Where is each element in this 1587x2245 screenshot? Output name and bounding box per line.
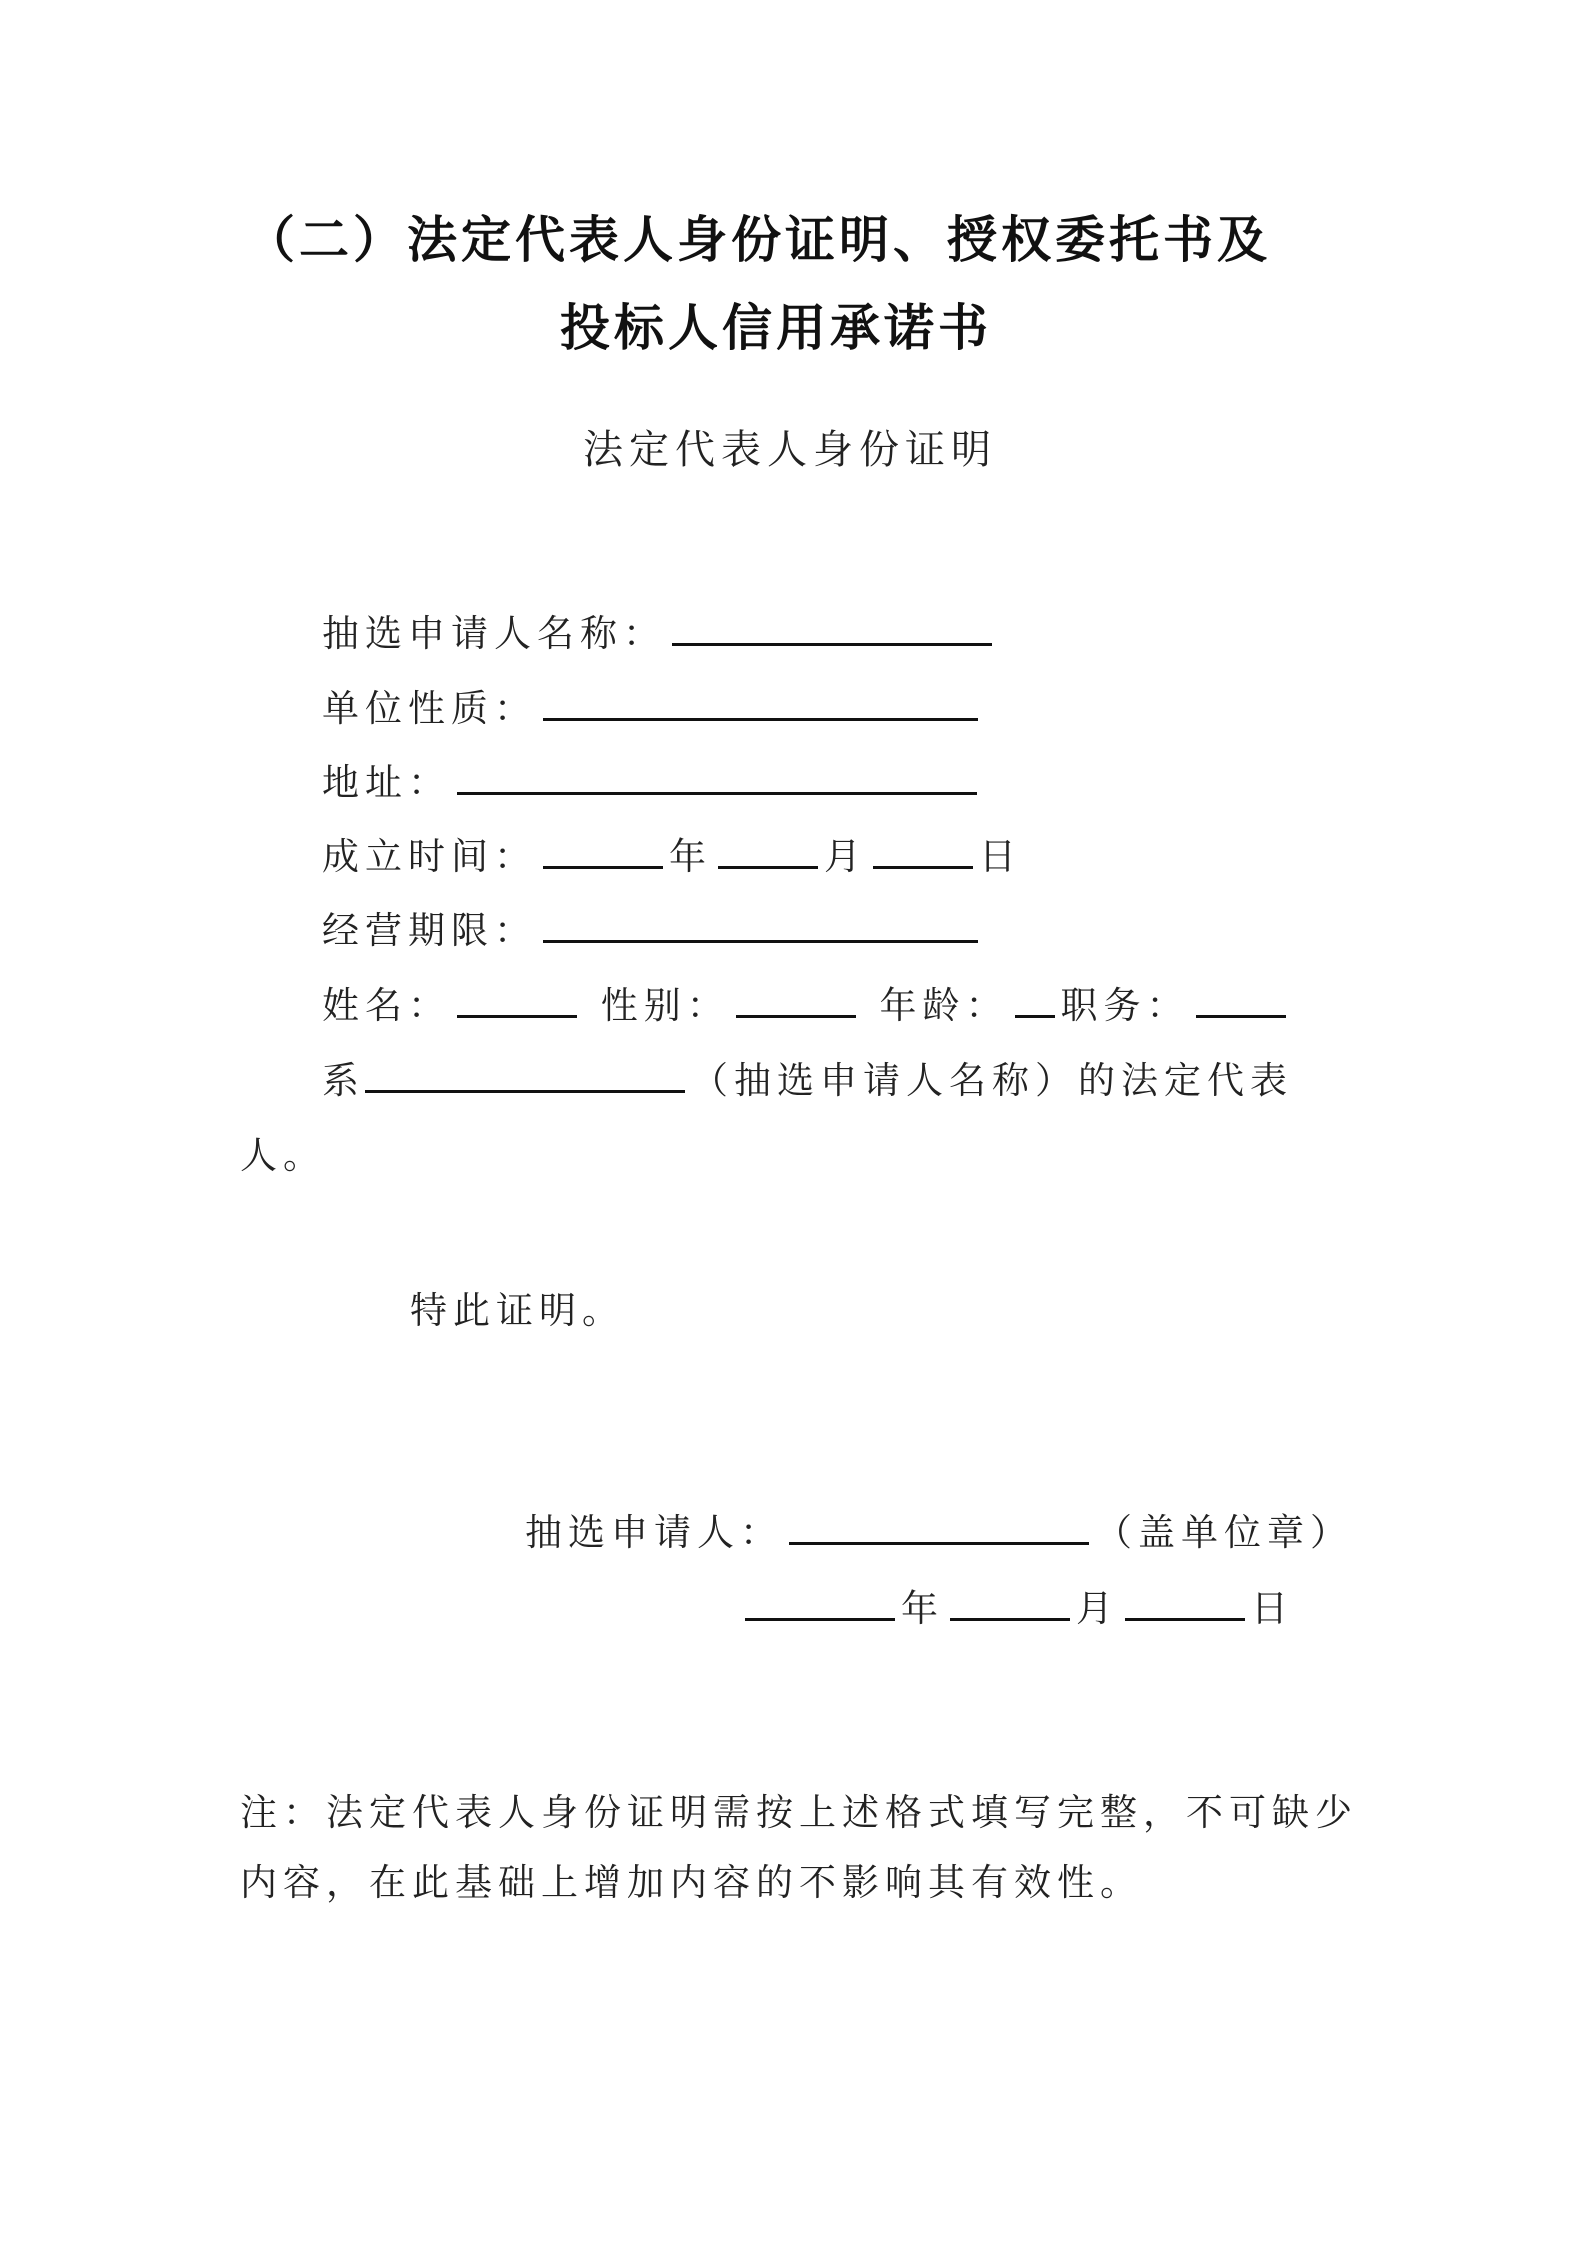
established-year-field[interactable] [543, 830, 663, 869]
signature-year-field[interactable] [745, 1582, 895, 1621]
note-line-1: 注：法定代表人身份证明需按上述格式填写完整，不可缺少 [240, 1782, 1358, 1836]
gender-label: 性别： [601, 984, 730, 1027]
applicant-name-field[interactable] [672, 607, 992, 646]
relation-row: 系（抽选申请人名称）的法定代表 [322, 1050, 1293, 1104]
signature-applicant-field[interactable] [789, 1506, 1089, 1545]
address-label: 地址： [322, 761, 451, 804]
signature-date-row: 年月日 [745, 1578, 1294, 1632]
name-label: 姓名： [322, 984, 451, 1027]
day-label: 日 [979, 835, 1022, 878]
relation-suffix: （抽选申请人名称）的法定代表 [691, 1059, 1293, 1102]
established-month-field[interactable] [718, 830, 818, 869]
unit-nature-field[interactable] [543, 682, 978, 721]
position-field[interactable] [1196, 979, 1286, 1018]
relation-company-field[interactable] [365, 1054, 685, 1093]
operating-period-field[interactable] [543, 904, 978, 943]
address-row: 地址： [322, 752, 983, 806]
address-field[interactable] [457, 756, 977, 795]
relation-end: 人。 [240, 1125, 326, 1179]
signature-month-field[interactable] [950, 1582, 1070, 1621]
section-subtitle: 法定代表人身份证明 [583, 418, 997, 475]
established-day-field[interactable] [873, 830, 973, 869]
certify-text: 特此证明。 [410, 1280, 625, 1334]
operating-period-row: 经营期限： [322, 900, 984, 954]
year-label: 年 [669, 835, 712, 878]
person-info-row: 姓名： 性别： 年龄：职务： [322, 975, 1292, 1029]
applicant-name-row: 抽选申请人名称： [322, 603, 998, 657]
signature-year-label: 年 [901, 1587, 944, 1630]
unit-nature-row: 单位性质： [322, 678, 984, 732]
age-field[interactable] [1015, 979, 1055, 1018]
month-label: 月 [824, 835, 867, 878]
unit-nature-label: 单位性质： [322, 687, 537, 730]
signature-row: 抽选申请人：（盖单位章） [525, 1502, 1353, 1556]
title-line-1: （二）法定代表人身份证明、授权委托书及 [245, 200, 1271, 272]
applicant-name-label: 抽选申请人名称： [322, 612, 666, 655]
signature-applicant-label: 抽选申请人： [525, 1511, 783, 1554]
relation-prefix: 系 [322, 1059, 365, 1102]
established-label: 成立时间： [322, 835, 537, 878]
operating-period-label: 经营期限： [322, 909, 537, 952]
signature-day-label: 日 [1251, 1587, 1294, 1630]
age-label: 年龄： [880, 984, 1009, 1027]
title-line-2: 投标人信用承诺书 [560, 288, 992, 360]
gender-field[interactable] [736, 979, 856, 1018]
seal-label: （盖单位章） [1095, 1511, 1353, 1554]
signature-day-field[interactable] [1125, 1582, 1245, 1621]
signature-month-label: 月 [1076, 1587, 1119, 1630]
name-field[interactable] [457, 979, 577, 1018]
position-label: 职务： [1061, 984, 1190, 1027]
established-row: 成立时间：年月日 [322, 826, 1022, 880]
note-line-2: 内容，在此基础上增加内容的不影响其有效性。 [240, 1852, 1143, 1906]
